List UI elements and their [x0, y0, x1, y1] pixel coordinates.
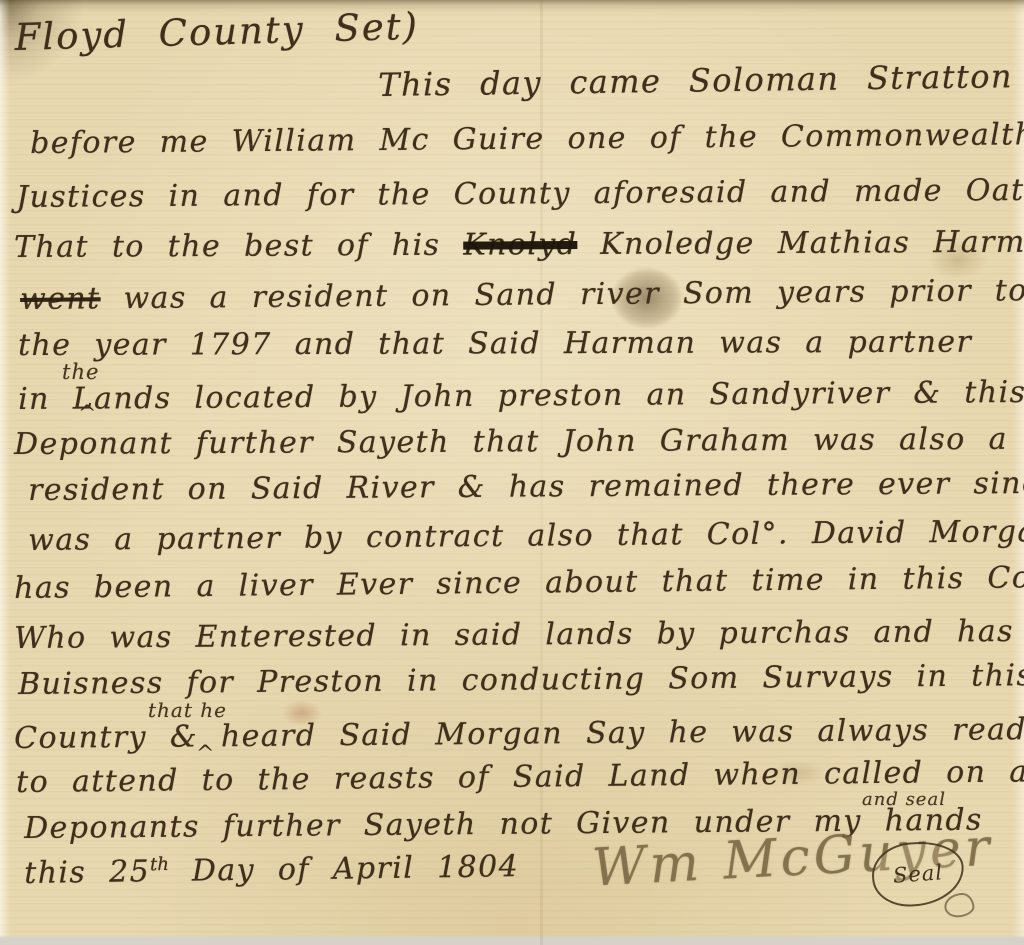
inserted-word-the: the	[62, 360, 99, 384]
document-line-1: This day came Soloman Stratton	[378, 57, 1013, 104]
document-line-9: resident on Said River & has remained th…	[28, 465, 1024, 508]
line-14-text-cont: Said Morgan Say he was always ready	[339, 712, 1024, 753]
document-line-5: went was a resident on Sand river Som ye…	[20, 273, 1024, 317]
document-line-12: Who was Enterested in said lands by purc…	[14, 613, 1024, 656]
date-text-cont: Day of April 1804	[192, 849, 520, 889]
seal-label: Seal	[892, 860, 944, 887]
struck-out-word: went	[20, 281, 101, 317]
document-line-10: was a partner by contract also that Col°…	[28, 514, 1024, 558]
document-line-13: Buisness for Preston in conducting Som S…	[18, 658, 1024, 702]
ordinal-suffix: th	[150, 854, 169, 875]
document-line-2: before me William Mc Guire one of the Co…	[30, 117, 1024, 161]
line-4-text: That to the best of his	[14, 228, 440, 265]
document-line-4: That to the best of his Knolyd Knoledge …	[14, 224, 1024, 265]
line-5-text: was a resident on Sand river Som years p…	[123, 273, 1024, 316]
document-page: Floyd County Set) This day came Soloman …	[0, 0, 1024, 945]
caret-mark: ^	[78, 404, 96, 426]
struck-out-word: Knolyd	[463, 227, 577, 263]
line-7-word: in	[18, 382, 50, 417]
document-line-3: Justices in and for the County aforesaid…	[16, 173, 1024, 215]
line-14-text: Country & heard	[14, 718, 317, 756]
inserted-words-and-seal: and seal	[862, 789, 946, 810]
inserted-words-that-he: that he	[148, 698, 227, 722]
document-heading: Floyd County Set)	[14, 5, 420, 59]
document-line-8: Deponant further Sayeth that John Graham…	[14, 422, 1008, 462]
line-4-text-cont: Knoledge Mathias Harmon	[600, 224, 1024, 261]
line-7-text: Lands located by John preston an Sandyri…	[73, 375, 1024, 417]
document-line-17: this 25th Day of April 1804	[24, 849, 519, 891]
date-text: this 25	[24, 854, 150, 891]
document-line-7: in Lands located by John preston an Sand…	[18, 375, 1024, 417]
document-line-6: the year 1797 and that Said Harman was a…	[18, 325, 972, 363]
document-line-11: has been a liver Ever since about that t…	[14, 559, 1024, 606]
